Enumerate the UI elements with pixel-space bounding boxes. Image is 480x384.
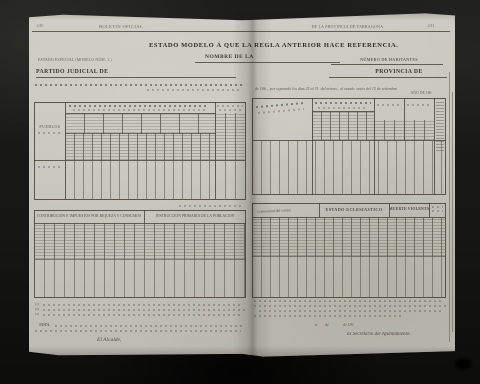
nota-line-1 <box>55 325 243 327</box>
table1r-groupB-header1 <box>315 102 371 104</box>
right-page-number: 341 <box>427 24 435 29</box>
footnote-marker-2: (2) <box>35 307 39 311</box>
table2r-body-grid <box>252 256 446 298</box>
page-edge-line-1 <box>449 72 450 342</box>
partido-label: PARTIDO JUDICIAL DE <box>36 69 108 75</box>
table2-left-body-grid <box>34 259 246 298</box>
table1r-groupB-header2 <box>318 107 368 109</box>
provincia-fill-line <box>329 77 447 78</box>
table1-subheader-boxes <box>65 113 215 134</box>
partido-fill-line <box>36 77 236 78</box>
running-head-right: DE LA PROVINCIA DE TARRAGONA. <box>311 24 385 29</box>
book-fold-shadow <box>232 12 272 358</box>
instruction-line-left2 <box>147 89 239 91</box>
table2r-lastcol-line2 <box>432 210 443 212</box>
estado-eclesiastico-header: ESTADO ECLESIASTICO <box>320 207 388 212</box>
table2-left-column-headers <box>34 223 246 259</box>
contribuciones-group-header: CONTRIBUCION É IMPUESTOS POR RIQUEZA Y C… <box>35 214 143 218</box>
footnote-right-line-2 <box>254 305 446 307</box>
table1r-body-grid <box>252 140 446 195</box>
table2r-divider3 <box>429 203 430 217</box>
page-edge-line-2 <box>452 92 453 332</box>
table1-group-header-line2 <box>73 109 205 111</box>
page-spread: 340 BOLETIN OFICIAL DE LA PROVINCIA DE T… <box>29 12 455 358</box>
nota-label: NOTA. <box>39 323 50 327</box>
nota-line-2 <box>35 330 241 332</box>
pueblos-column-header: PUEBLOS <box>35 124 65 129</box>
running-head-left: BOLETIN OFICIAL <box>90 24 152 29</box>
table1-body-grid <box>65 160 215 200</box>
footnote-right-line-1 <box>254 300 442 302</box>
provincia-label: PROVINCIA DE <box>359 69 439 75</box>
table1r-groupB-columns <box>312 111 374 140</box>
instruction-line-right: de 186 , por separado los dias 25 al 31 … <box>255 86 398 91</box>
secretario-signature: El Secretario del Ayuntamiento. <box>347 332 411 337</box>
footnote-line-2 <box>43 309 245 311</box>
footnote-marker-1: (1) <box>35 302 39 306</box>
alcalde-signature: El Alcalde, <box>97 337 121 343</box>
table2r-column-headers <box>252 217 446 256</box>
footnote-line-3 <box>43 314 241 316</box>
left-page-number: 340 <box>36 24 44 29</box>
pueblos-header-subline <box>38 132 62 134</box>
habitantes-label: NÚMERO DE HABITANTES <box>343 57 435 62</box>
footnote-right-line-3 <box>259 310 443 312</box>
footnote-line-1 <box>43 304 243 306</box>
table2r-lastcol-line1 <box>432 206 443 208</box>
table1-row-entry <box>38 166 60 168</box>
table1-group-header-line1 <box>69 105 209 107</box>
table1r-boxC1-header <box>377 104 401 106</box>
muerte-violenta-header: MUERTE VIOLENTA <box>389 207 429 211</box>
footnote-right-line-4 <box>254 315 404 317</box>
habitantes-fill-line <box>331 64 443 65</box>
table1-column-headers <box>65 133 215 160</box>
table2-left-header-divider <box>144 210 145 223</box>
estado-especial-note: ESTADO ESPECIAL (MODELO NÚM. 1.) <box>38 58 112 62</box>
instruccion-group-header: INSTRUCCION PRIMARIA DE LA POBLACION <box>146 214 244 218</box>
date-fill-line: á de de 186 . <box>315 322 358 327</box>
table1r-boxC2-header <box>407 104 431 106</box>
table1r-groupC-columns <box>374 120 434 140</box>
scan-shadow-blob <box>452 356 474 372</box>
year-label: AÑO DE 186 <box>397 91 445 95</box>
instruction-line-left <box>35 84 243 86</box>
footnote-marker-3: (3) <box>35 312 39 316</box>
